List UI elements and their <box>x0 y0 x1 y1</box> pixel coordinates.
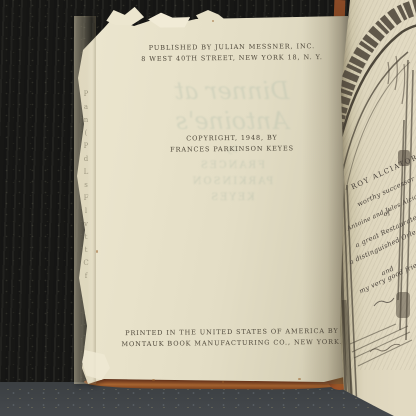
stub-letter: n <box>81 114 91 127</box>
publisher-imprint: PUBLISHED BY JULIAN MESSNER, INC. 8 WEST… <box>116 41 348 65</box>
stub-letter: t <box>81 244 91 257</box>
foxing-spot <box>152 379 155 381</box>
stub-letter: P <box>81 140 91 153</box>
stub-letter: t <box>81 231 91 244</box>
arch-etching-illustration <box>338 0 416 416</box>
stub-letter: P <box>81 88 91 101</box>
stub-letter: v <box>81 218 91 231</box>
stub-letter: C <box>81 257 91 270</box>
stub-letter: a <box>81 101 91 114</box>
copyright-notice: COPYRIGHT, 1948, BY FRANCES PARKINSON KE… <box>116 132 348 156</box>
foxing-spot <box>96 250 98 253</box>
stub-letter: s <box>81 179 91 192</box>
foxing-spot <box>298 378 301 380</box>
stub-letter-column: P a n ( P d L s F l v t t C f <box>81 88 91 283</box>
stub-letter: F <box>81 192 91 205</box>
stub-letter: d <box>81 153 91 166</box>
ghost-author-line1: FRANCES <box>116 158 348 174</box>
stub-letter: f <box>81 270 91 283</box>
ghost-title-line1: Dinner at <box>116 76 348 106</box>
ghost-author-line2: PARKINSON <box>116 174 348 190</box>
stub-letter: L <box>81 166 91 179</box>
stub-letter: ( <box>81 127 91 140</box>
stub-letter: l <box>81 205 91 218</box>
foxing-spot <box>222 381 224 383</box>
book-photograph: Dinner at Antoine's by FRANCES PARKINSON… <box>0 0 416 416</box>
ghost-author-line3: KEYES <box>116 190 348 206</box>
dedication-page: ROY ALCIATORE worthy successor of Antoin… <box>338 0 416 416</box>
foxing-spot <box>212 20 214 22</box>
printer-imprint: PRINTED IN THE UNITED STATES OF AMERICA … <box>116 326 348 350</box>
copyright-page: Dinner at Antoine's by FRANCES PARKINSON… <box>74 16 348 384</box>
